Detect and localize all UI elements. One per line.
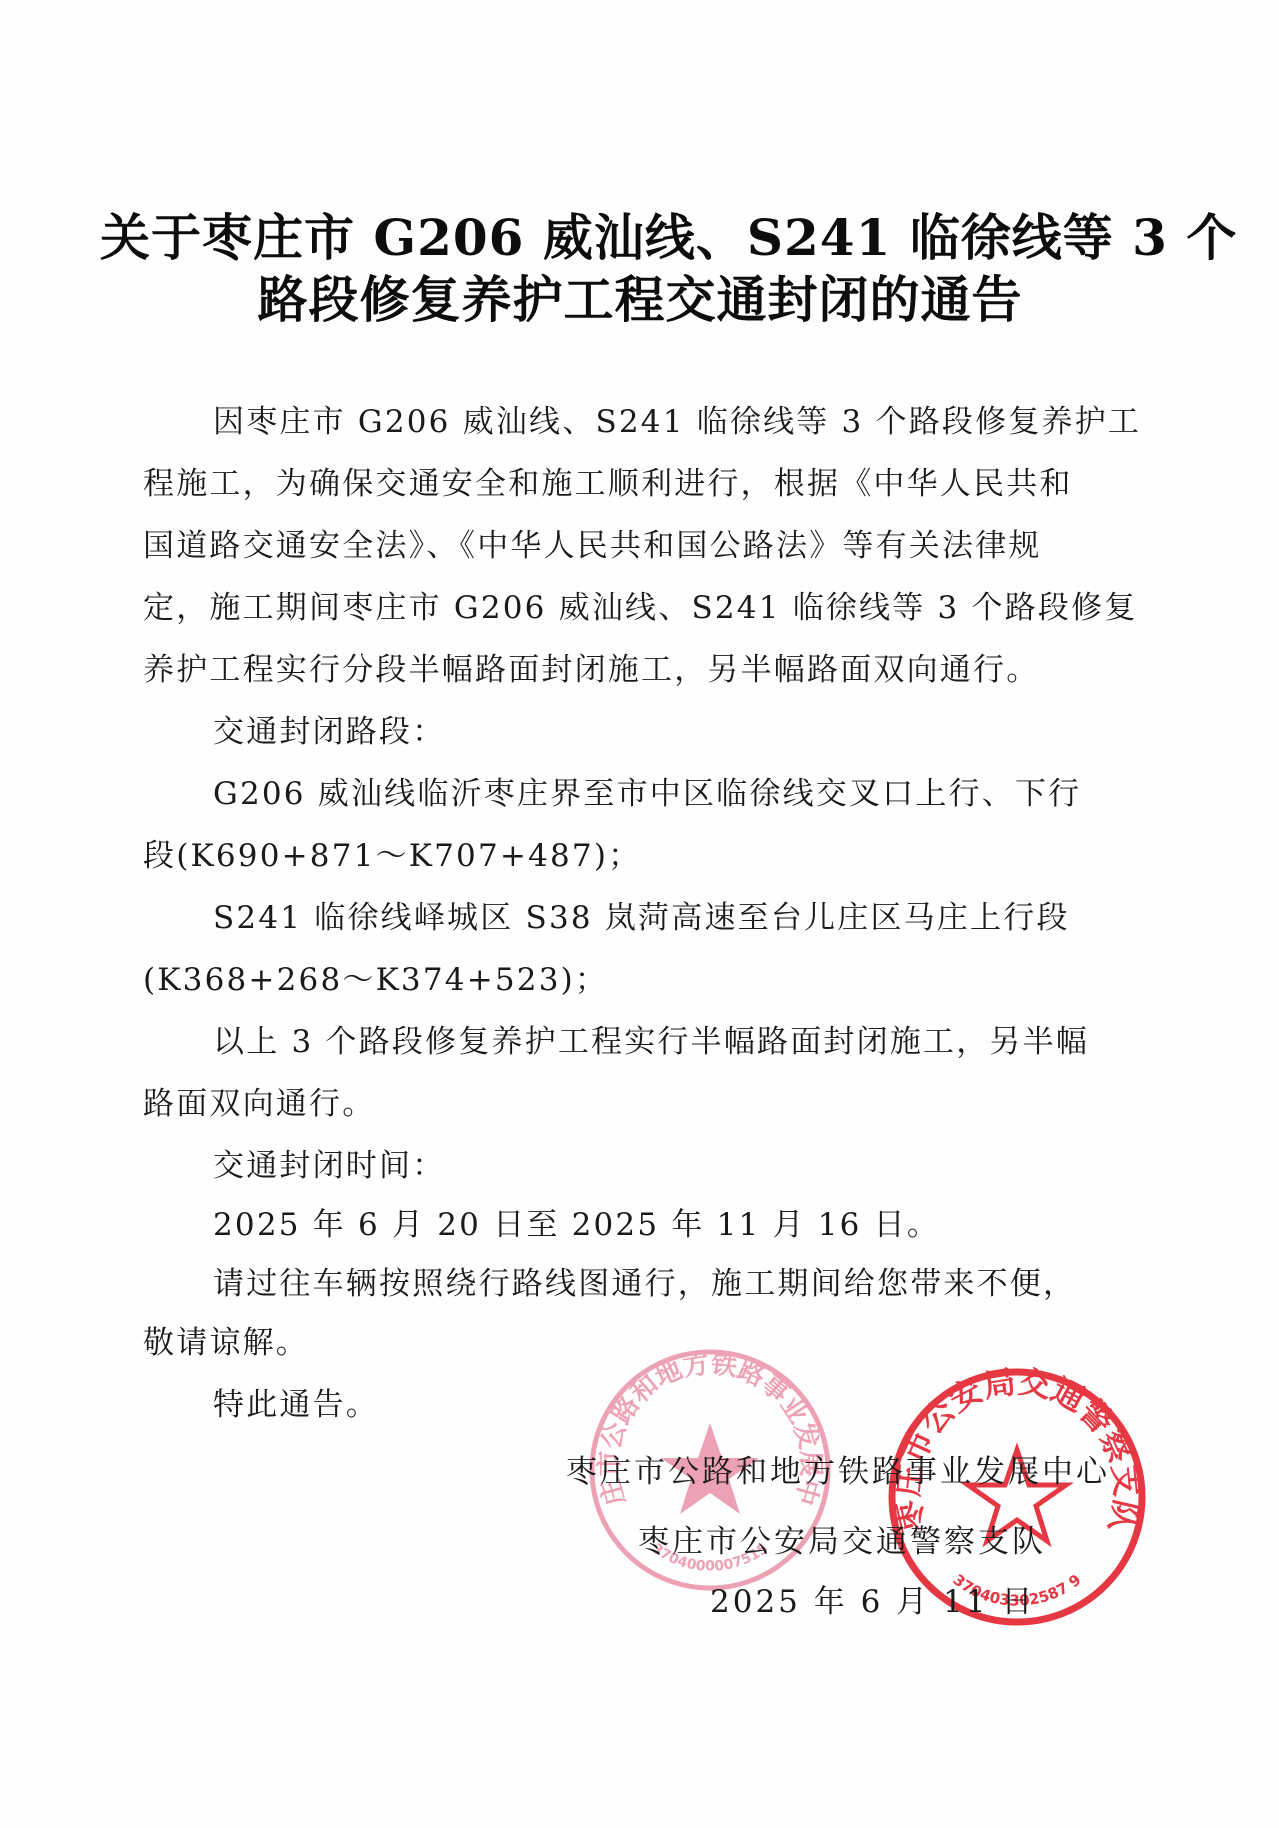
body-line: 因枣庄市 G206 威汕线、S241 临徐线等 3 个路段修复养护工 [213, 402, 1213, 442]
body-line: 养护工程实行分段半幅路面封闭施工，另半幅路面双向通行。 [143, 650, 1143, 690]
body-line: 请过往车辆按照绕行路线图通行，施工期间给您带来不便， [213, 1264, 1213, 1304]
body-line: S241 临徐线峄城区 S38 岚菏高速至台儿庄区马庄上行段 [213, 898, 1213, 938]
section-heading-closed-sections: 交通封闭路段： [213, 712, 1213, 752]
body-line: 国道路交通安全法》、《中华人民共和国公路法》等有关法律规 [143, 526, 1143, 566]
closure-period: 2025 年 6 月 20 日至 2025 年 11 月 16 日。 [213, 1205, 1213, 1245]
body-line: 以上 3 个路段修复养护工程实行半幅路面封闭施工，另半幅 [213, 1022, 1213, 1062]
document-title-line-1: 关于枣庄市 G206 威汕线、S241 临徐线等 3 个 [100, 208, 1180, 268]
body-line: 定，施工期间枣庄市 G206 威汕线、S241 临徐线等 3 个路段修复 [143, 588, 1143, 628]
body-line: 路面双向通行。 [143, 1084, 1143, 1124]
body-line: 敬请谅解。 [143, 1323, 1143, 1363]
body-line: 段(K690+871～K707+487)； [143, 836, 1143, 876]
document-title-line-2: 路段修复养护工程交通封闭的通告 [100, 270, 1180, 330]
section-heading-closure-time: 交通封闭时间： [213, 1146, 1213, 1186]
document-page: 关于枣庄市 G206 威汕线、S241 临徐线等 3 个 路段修复养护工程交通封… [0, 0, 1279, 1828]
body-line: G206 威汕线临沂枣庄界至市中区临徐线交叉口上行、下行 [213, 774, 1213, 814]
signatory-highway-railway-center: 枣庄市公路和地方铁路事业发展中心 [566, 1452, 1110, 1492]
signatory-traffic-police: 枣庄市公安局交通警察支队 [638, 1522, 1046, 1562]
issue-date: 2025 年 6 月 11 日 [710, 1582, 1035, 1622]
body-line: 程施工，为确保交通安全和施工顺利进行，根据《中华人民共和 [143, 464, 1143, 504]
closing-phrase: 特此通告。 [213, 1385, 1213, 1425]
body-line: (K368+268～K374+523)； [143, 960, 1143, 1000]
